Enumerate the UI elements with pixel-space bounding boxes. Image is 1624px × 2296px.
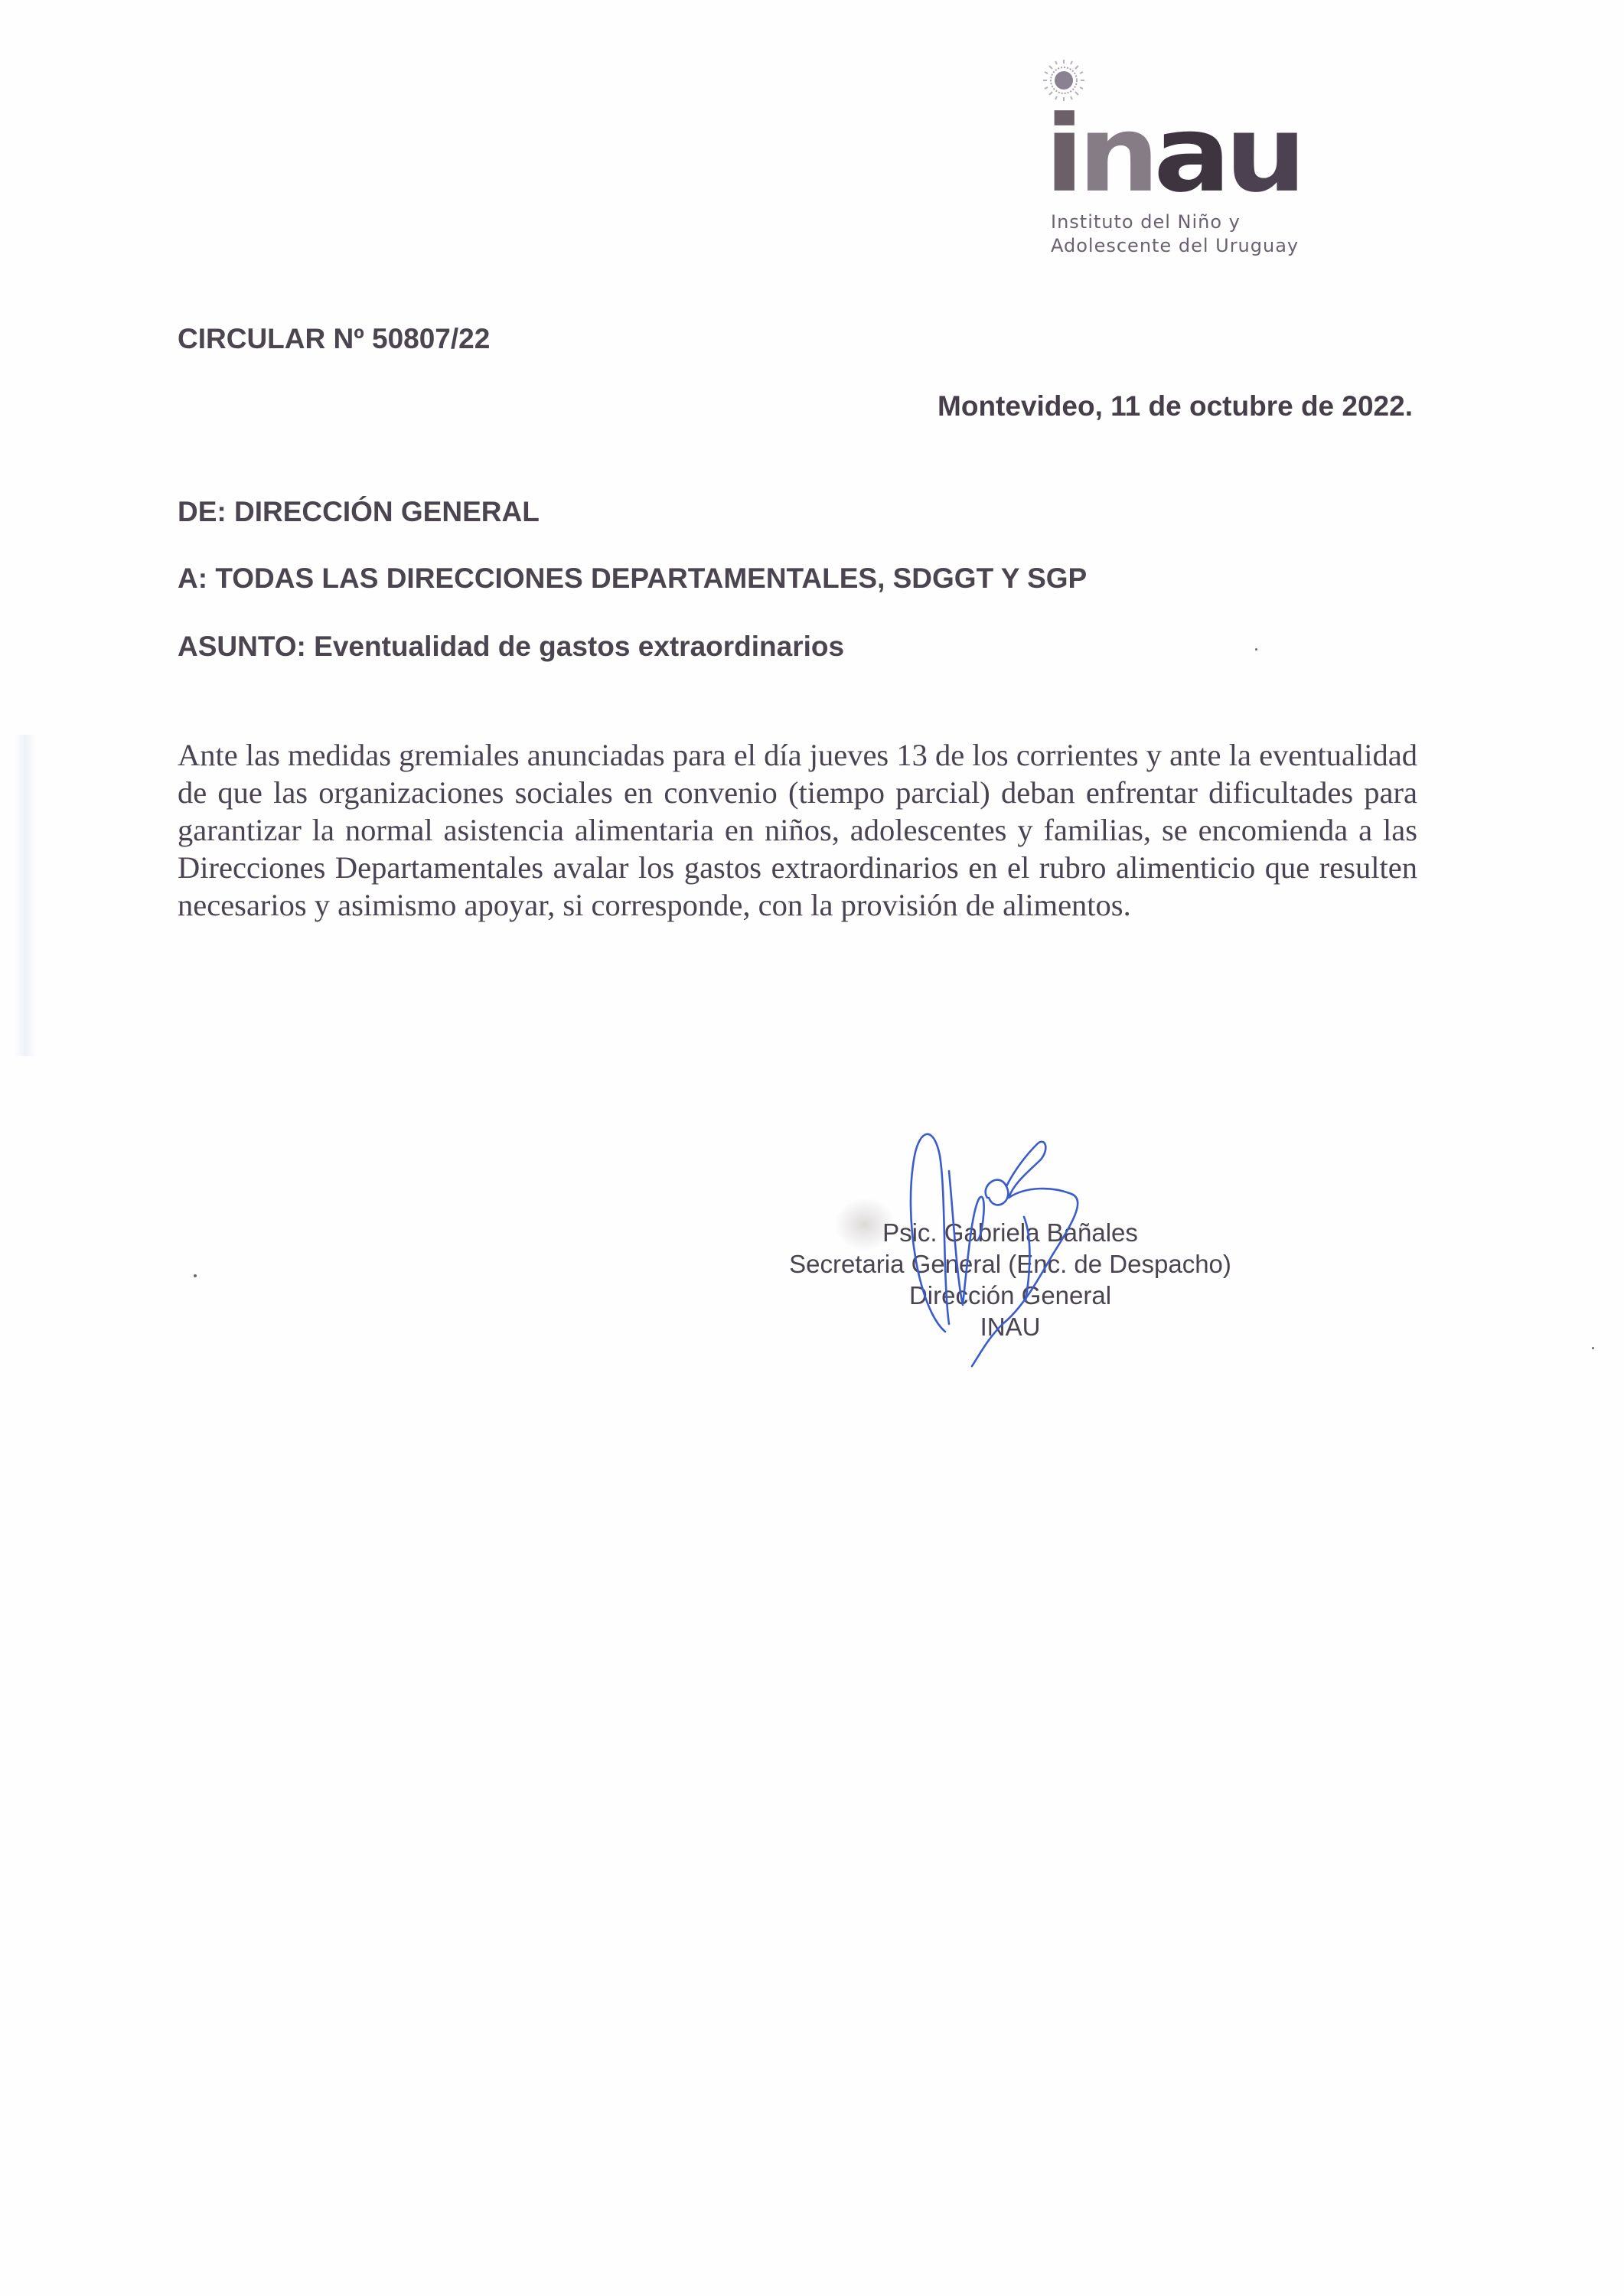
signatory-role: Secretaria General (Enc. de Despacho) — [750, 1248, 1270, 1280]
scan-artifact — [14, 735, 37, 1056]
signatory-name: Psic. Gabriela Bañales — [750, 1217, 1270, 1248]
signatory-office: Dirección General — [750, 1280, 1270, 1311]
circular-number: CIRCULAR Nº 50807/22 — [178, 323, 490, 355]
scan-speck — [1255, 648, 1257, 651]
scan-speck — [194, 1274, 197, 1277]
logo-subtitle-line1: Instituto del Niño y — [1051, 210, 1299, 234]
logo-subtitle-line2: Adolescente del Uruguay — [1051, 234, 1299, 258]
document-page: inau Instituto del Niño y Adolescente de… — [0, 0, 1624, 2296]
signatory-institution: INAU — [750, 1311, 1270, 1342]
signature-block: Psic. Gabriela Bañales Secretaria Genera… — [750, 1217, 1270, 1342]
subject-line: ASUNTO: Eventualidad de gastos extraordi… — [178, 631, 844, 663]
logo-wordmark: inau — [1045, 102, 1300, 207]
scan-speck — [1592, 1347, 1594, 1349]
inau-logo: inau Instituto del Niño y Adolescente de… — [1037, 57, 1343, 256]
to-line: A: TODAS LAS DIRECCIONES DEPARTAMENTALES… — [178, 563, 1087, 595]
logo-subtitle: Instituto del Niño y Adolescente del Uru… — [1051, 210, 1299, 258]
body-paragraph: Ante las medidas gremiales anunciadas pa… — [178, 736, 1417, 924]
document-date: Montevideo, 11 de octubre de 2022. — [938, 390, 1413, 422]
from-line: DE: DIRECCIÓN GENERAL — [178, 496, 540, 528]
